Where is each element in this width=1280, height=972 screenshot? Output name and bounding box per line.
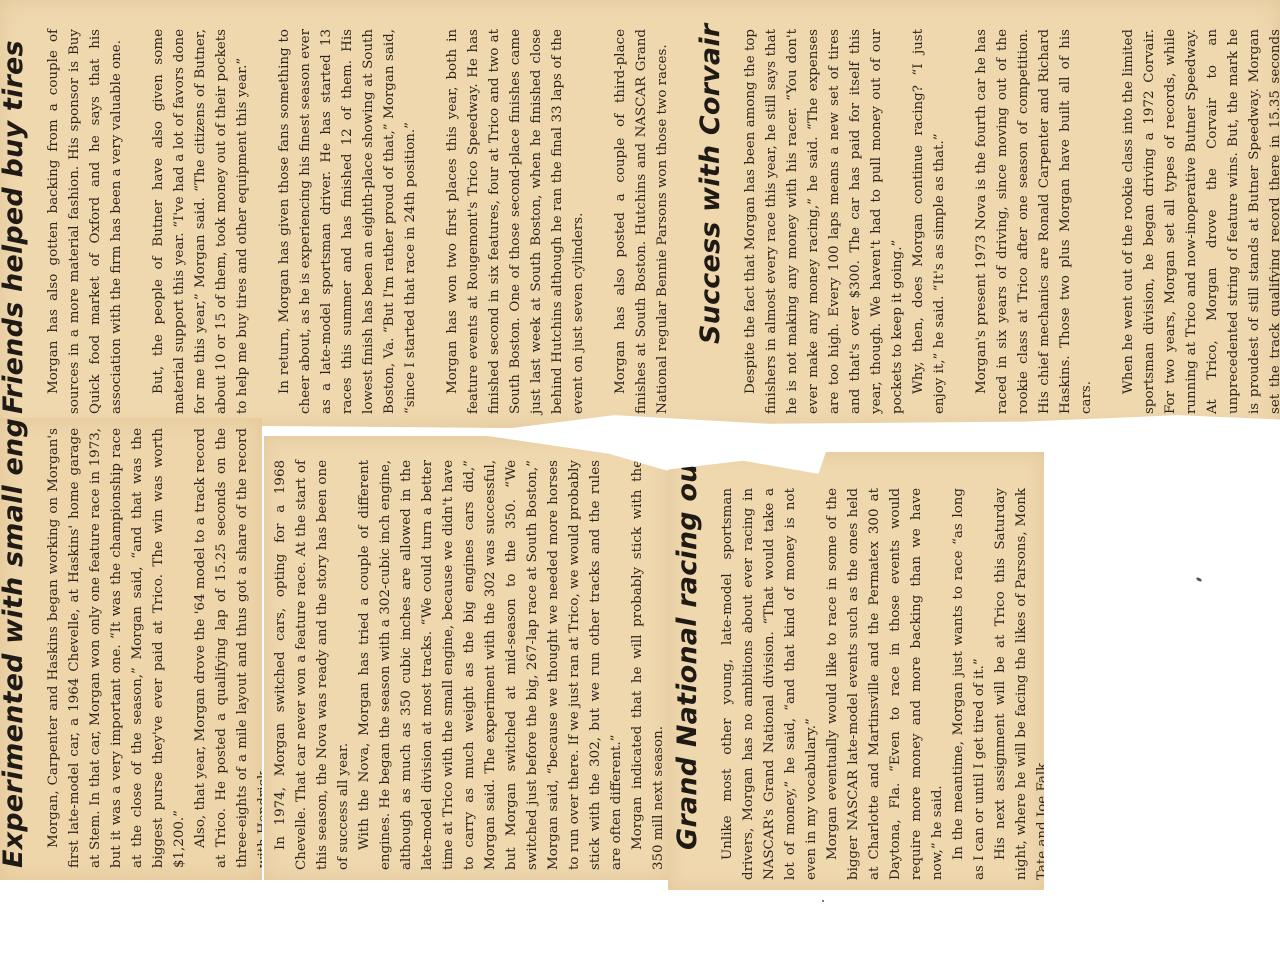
clipping-left-column: Experimented with small engine Morgan, C… <box>0 418 262 880</box>
paragraph: But, the people of Butner have also give… <box>148 29 253 414</box>
headline-friends: Friends helped buy tires <box>0 29 29 414</box>
headline-experimented: Experimented with small engine <box>0 428 29 868</box>
paragraph: Morgan's present 1973 Nova is the fourth… <box>971 29 1097 414</box>
clipping-top-strip: Friends helped buy tires Morgan has also… <box>0 0 1280 428</box>
clipping-middle-column: In 1974, Morgan switched cars, opting fo… <box>264 436 670 880</box>
paragraph: In the meantime, Morgan just wants to ra… <box>948 488 990 880</box>
article-experimented: Experimented with small engine Morgan, C… <box>0 428 262 868</box>
paragraph: Morgan indicated that he will probably s… <box>627 460 669 870</box>
headline-corvair: Success with Corvair <box>695 29 726 344</box>
paragraph: Morgan, Carpenter and Haskins began work… <box>43 428 190 868</box>
paragraph: When he went out of the rookie class int… <box>1118 29 1280 414</box>
paragraph: Morgan eventually would like to race in … <box>822 488 948 880</box>
article-friends: Friends helped buy tires Morgan has also… <box>0 29 1280 414</box>
rotated-content-right: Grand National racing out Unlike most ot… <box>668 452 1044 890</box>
paragraph: Morgan has also gotten backing from a co… <box>43 29 127 414</box>
dust-speck <box>1196 577 1203 583</box>
article-experimented-continued: In 1974, Morgan switched cars, opting fo… <box>270 460 669 870</box>
paragraph: Morgan has also posted a couple of third… <box>610 29 673 414</box>
paragraph: Morgan has won two first places this yea… <box>442 29 589 414</box>
paragraph: In return, Morgan has given those fans s… <box>274 29 421 414</box>
paragraph: His next assignment will be at Trico thi… <box>990 488 1044 880</box>
paragraph: Why, then, does Morgan continue racing? … <box>908 29 950 414</box>
paragraph: With the Nova, Morgan has tried a couple… <box>354 460 627 870</box>
rotated-content-top: Friends helped buy tires Morgan has also… <box>0 0 1280 428</box>
clipping-right-column: Grand National racing out Unlike most ot… <box>668 452 1044 890</box>
rotated-content-left: Experimented with small engine Morgan, C… <box>0 418 262 880</box>
paragraph: Also, that year, Morgan drove the '64 mo… <box>190 428 262 868</box>
paragraph: Unlike most other young, late-model spor… <box>717 488 822 880</box>
article-grand-national: Grand National racing out Unlike most ot… <box>672 488 1044 880</box>
headline-grand-national: Grand National racing out <box>672 488 703 850</box>
rotated-content-middle: In 1974, Morgan switched cars, opting fo… <box>264 436 670 880</box>
dust-speck <box>822 900 824 902</box>
paragraph: Despite the fact that Morgan has been am… <box>740 29 908 414</box>
paragraph: In 1974, Morgan switched cars, opting fo… <box>270 460 354 870</box>
